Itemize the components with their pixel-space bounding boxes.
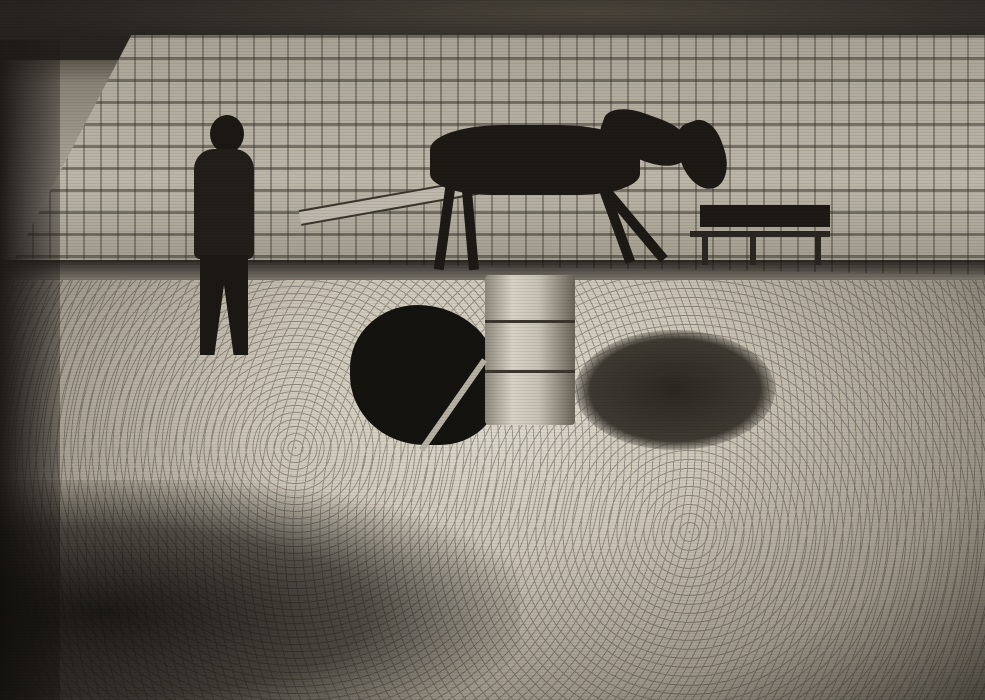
bench-leg — [815, 235, 821, 265]
bench-leg — [750, 235, 756, 265]
man-walking — [190, 115, 260, 355]
man-legs — [200, 255, 248, 355]
man-head — [210, 115, 244, 153]
wooden-drum — [485, 275, 575, 425]
bench-leg — [702, 235, 708, 265]
bench-seat — [690, 231, 830, 237]
bench — [690, 205, 830, 265]
drum-hoop — [485, 320, 575, 323]
bench-back — [700, 205, 830, 227]
foreground-shadow — [0, 480, 520, 700]
drum-hoop — [485, 370, 575, 373]
pit-edge — [575, 330, 775, 450]
photograph — [0, 0, 985, 700]
man-coat — [194, 149, 254, 259]
